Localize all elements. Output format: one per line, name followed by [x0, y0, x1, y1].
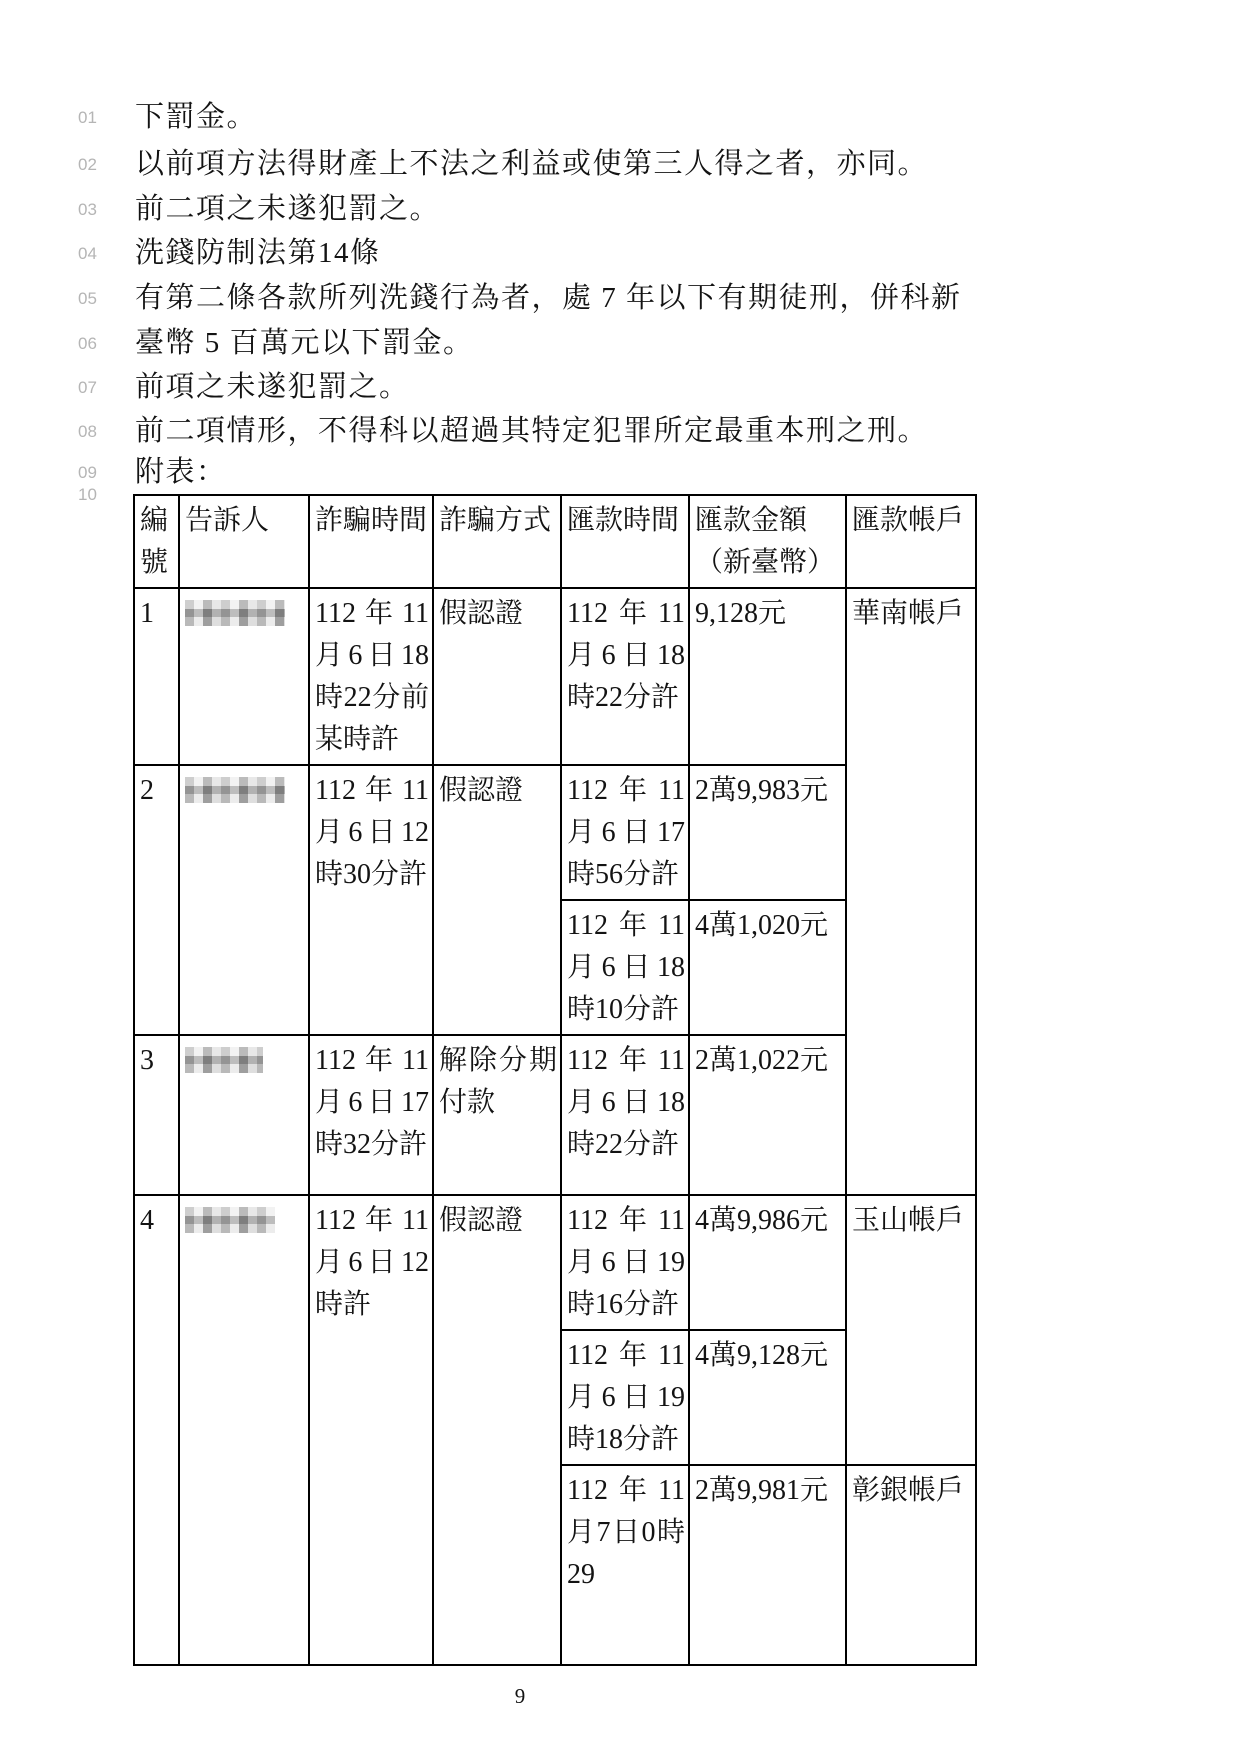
line-number: 04 [78, 231, 118, 276]
redacted-complainant-name [185, 600, 285, 626]
cell-transfer-time: 112年11月6日18時22分許 [561, 588, 689, 765]
line-number: 07 [78, 365, 118, 410]
cell-no: 4 [134, 1195, 179, 1665]
line-number: 03 [78, 187, 118, 232]
cell-no: 1 [134, 588, 179, 765]
cell-no: 2 [134, 765, 179, 1035]
cell-transfer-account: 華南帳戶 [846, 588, 976, 1195]
table-header-row: 編號 告訴人 詐騙時間 詐騙方式 匯款時間 匯款金額（新臺幣） 匯款帳戶 [134, 495, 976, 588]
cell-complainant [179, 765, 309, 1035]
cell-complainant [179, 1035, 309, 1195]
line-number: 05 [78, 276, 118, 321]
cell-fraud-method: 假認證 [433, 1195, 561, 1665]
col-header-complainant: 告訴人 [179, 495, 309, 588]
document-page: 01 02 03 04 05 06 07 08 09 10 下罰金。 以前項方法… [0, 0, 1240, 1755]
col-header-transfer-account: 匯款帳戶 [846, 495, 976, 588]
cell-transfer-time: 112年11月6日19時18分許 [561, 1330, 689, 1465]
cell-transfer-amount: 2萬1,022元 [689, 1035, 846, 1195]
cell-complainant [179, 1195, 309, 1665]
cell-transfer-account: 玉山帳戶 [846, 1195, 976, 1465]
cell-fraud-time: 112年11月6日12時30分許 [309, 765, 433, 1035]
cell-transfer-amount: 2萬9,983元 [689, 765, 846, 900]
cell-transfer-amount: 2萬9,981元 [689, 1465, 846, 1665]
cell-transfer-time: 112年11月7日0時29 [561, 1465, 689, 1665]
line-number: 02 [78, 142, 118, 187]
cell-transfer-amount: 9,128元 [689, 588, 846, 765]
col-header-transfer-time: 匯款時間 [561, 495, 689, 588]
cell-fraud-method: 假認證 [433, 588, 561, 765]
cell-no: 3 [134, 1035, 179, 1195]
line-number: 01 [78, 95, 118, 140]
text-line: 洗錢防制法第14條 [135, 231, 381, 276]
redacted-complainant-name [185, 777, 285, 803]
cell-fraud-time: 112年11月6日17時32分許 [309, 1035, 433, 1195]
col-header-no: 編號 [134, 495, 179, 588]
redacted-complainant-name [185, 1207, 275, 1233]
col-header-transfer-amount-line2: （新臺幣） [695, 547, 835, 578]
page-number: 9 [135, 1684, 905, 1709]
line-number: 10 [78, 472, 118, 517]
col-header-transfer-amount-line1: 匯款金額 [695, 505, 807, 536]
text-line: 附表： [135, 450, 227, 495]
text-line: 以前項方法得財產上不法之利益或使第三人得之者，亦同。 [135, 142, 928, 187]
cell-transfer-amount: 4萬1,020元 [689, 900, 846, 1035]
cell-fraud-method: 解除分期付款 [433, 1035, 561, 1195]
cell-transfer-time: 112年11月6日18時10分許 [561, 900, 689, 1035]
cell-complainant [179, 588, 309, 765]
cell-fraud-time: 112年11月6日18時22分前某時許 [309, 588, 433, 765]
text-line: 前二項之未遂犯罰之。 [135, 187, 440, 232]
cell-fraud-time: 112年11月6日12時許 [309, 1195, 433, 1665]
col-header-fraud-method: 詐騙方式 [433, 495, 561, 588]
cell-transfer-account: 彰銀帳戶 [846, 1465, 976, 1665]
cell-transfer-time: 112年11月6日17時56分許 [561, 765, 689, 900]
cell-transfer-time: 112年11月6日19時16分許 [561, 1195, 689, 1330]
line-number: 06 [78, 321, 118, 366]
text-line: 臺幣 5 百萬元以下罰金。 [135, 321, 474, 366]
cell-fraud-method: 假認證 [433, 765, 561, 1035]
table-row: 1 112年11月6日18時22分前某時許 假認證 112年11月6日18時22… [134, 588, 976, 765]
redacted-complainant-name [185, 1047, 263, 1073]
cell-transfer-amount: 4萬9,986元 [689, 1195, 846, 1330]
col-header-transfer-amount: 匯款金額（新臺幣） [689, 495, 846, 588]
text-line: 下罰金。 [135, 95, 257, 140]
text-line: 前項之未遂犯罰之。 [135, 365, 410, 410]
cell-transfer-time: 112年11月6日18時22分許 [561, 1035, 689, 1195]
text-line: 有第二條各款所列洗錢行為者，處 7 年以下有期徒刑，併科新 [135, 276, 962, 321]
table-row: 4 112年11月6日12時許 假認證 112年11月6日19時16分許 4萬9… [134, 1195, 976, 1330]
col-header-fraud-time: 詐騙時間 [309, 495, 433, 588]
line-number: 08 [78, 409, 118, 454]
text-line: 前二項情形，不得科以超過其特定犯罪所定最重本刑之刑。 [135, 409, 928, 454]
cell-transfer-amount: 4萬9,128元 [689, 1330, 846, 1465]
attachment-table: 編號 告訴人 詐騙時間 詐騙方式 匯款時間 匯款金額（新臺幣） 匯款帳戶 1 1… [133, 494, 977, 1666]
